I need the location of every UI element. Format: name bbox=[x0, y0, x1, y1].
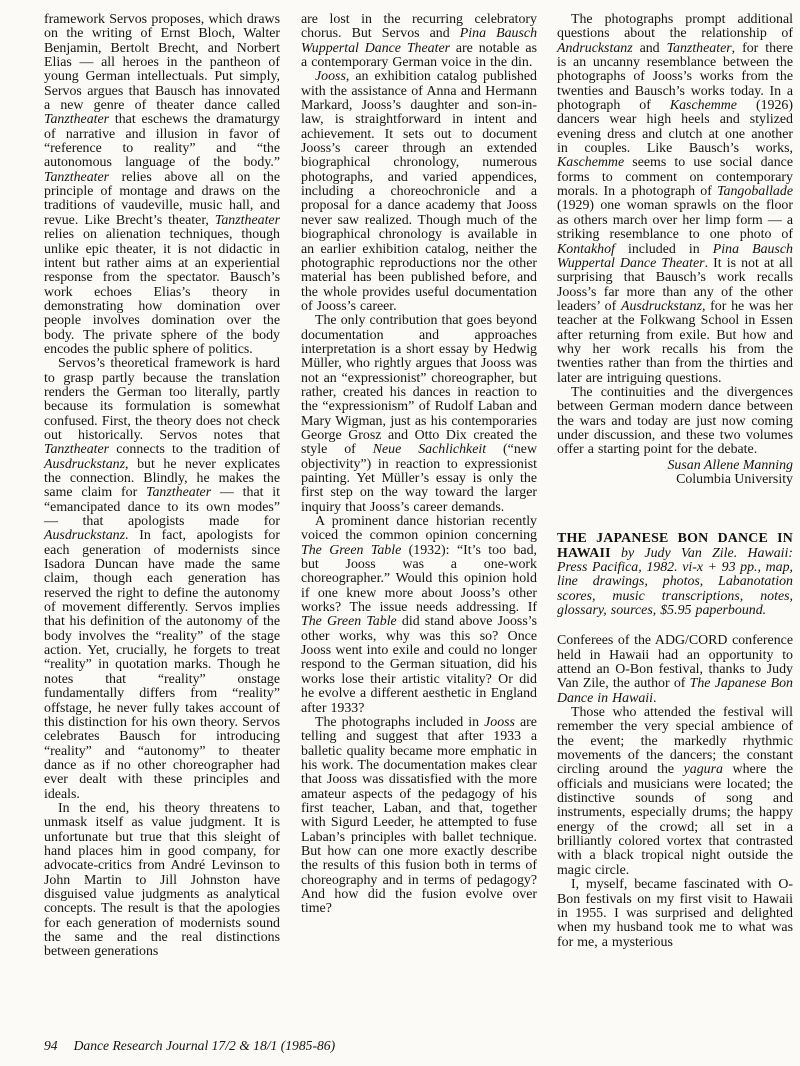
column-left: framework Servos proposes, which draws o… bbox=[44, 13, 280, 960]
body-paragraph: Those who attended the festival will rem… bbox=[557, 706, 793, 878]
body-paragraph: I, myself, became fascinated with O-Bon … bbox=[557, 878, 793, 950]
body-paragraph: The continuities and the divergences bet… bbox=[557, 386, 793, 458]
body-paragraph: In the end, his theory threatens to unma… bbox=[44, 802, 280, 960]
page-number: 94 bbox=[44, 1038, 58, 1053]
body-paragraph: The photographs included in Jooss are te… bbox=[301, 716, 537, 917]
review-signature: Susan Allene Manning Columbia University bbox=[557, 459, 793, 489]
book-review-heading: THE JAPANESE BON DANCE IN HAWAII by Judy… bbox=[557, 532, 793, 618]
body-paragraph: Jooss, an exhibition catalog published w… bbox=[301, 70, 537, 314]
body-paragraph: The only contribution that goes beyond d… bbox=[301, 314, 537, 515]
body-paragraph: Conferees of the ADG/CORD conference hel… bbox=[557, 634, 793, 706]
journal-page-scan: framework Servos proposes, which draws o… bbox=[0, 0, 800, 1066]
journal-citation: Dance Research Journal 17/2 & 18/1 (1985… bbox=[74, 1038, 336, 1053]
body-paragraph: Servos’s theoretical framework is hard t… bbox=[44, 357, 280, 802]
column-right: The photographs prompt additional questi… bbox=[557, 13, 793, 950]
column-middle: are lost in the recurring celebratory ch… bbox=[301, 13, 537, 917]
reviewer-name: Susan Allene Manning bbox=[557, 459, 793, 474]
body-paragraph: are lost in the recurring celebratory ch… bbox=[301, 13, 537, 70]
reviewer-affiliation: Columbia University bbox=[557, 473, 793, 488]
body-paragraph: framework Servos proposes, which draws o… bbox=[44, 13, 280, 357]
body-paragraph: The photographs prompt additional questi… bbox=[557, 13, 793, 386]
page-footer: 94Dance Research Journal 17/2 & 18/1 (19… bbox=[44, 1038, 335, 1054]
body-paragraph: A prominent dance historian recently voi… bbox=[301, 515, 537, 716]
